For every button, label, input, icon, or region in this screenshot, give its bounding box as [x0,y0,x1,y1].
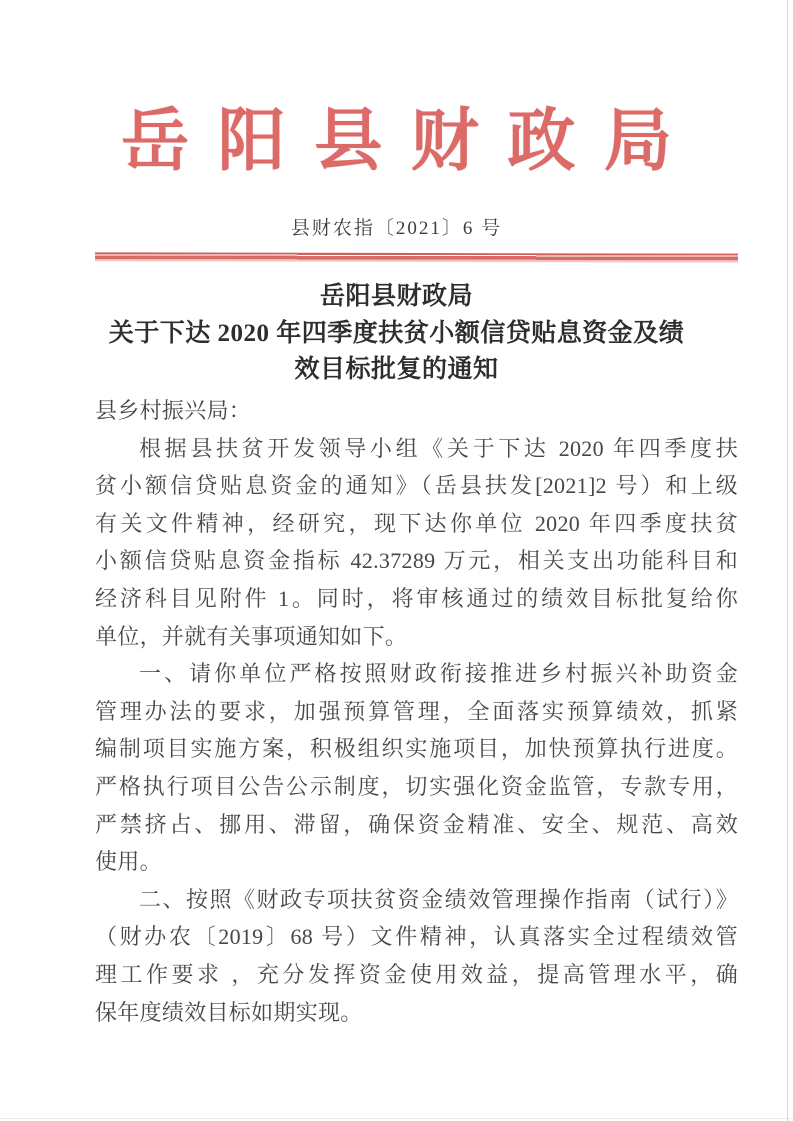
notice-title-line: 关于下达 2020 年四季度扶贫小额信贷贴息资金及绩 [40,316,753,353]
body-line: 经济科目见附件 1。同时，将审核通过的绩效目标批复给你 [95,580,738,618]
body-line: 保年度绩效目标如期实现。 [95,994,738,1032]
notice-title-line: 岳阳县财政局 [40,279,753,316]
body-line: 严禁挤占、挪用、滞留，确保资金精准、安全、规范、高效 [95,806,738,844]
body-line: 严格执行项目公告公示制度，切实强化资金监管，专款专用， [95,768,738,806]
body-line: 小额信贷贴息资金指标 42.37289 万元，相关支出功能科目和 [95,542,738,580]
salutation-line: 县乡村振兴局： [95,392,738,430]
document-body: 县乡村振兴局： 根据县扶贫开发领导小组《关于下达 2020 年四季度扶 贫小额信… [95,392,738,1031]
notice-title: 岳阳县财政局 关于下达 2020 年四季度扶贫小额信贷贴息资金及绩 效目标批复的… [40,279,753,389]
body-line: 贫小额信贷贴息资金的通知》（岳县扶发[2021]2 号）和上级 [95,467,738,505]
body-line: 使用。 [95,843,738,881]
scan-edge-artifact [0,1118,793,1119]
body-line: 理工作要求 ，充分发挥资金使用效益，提高管理水平，确 [95,956,738,994]
notice-title-line: 效目标批复的通知 [40,352,753,389]
document-number: 县财农指〔2021〕6 号 [0,214,793,244]
body-line: （财办农〔2019〕68 号）文件精神，认真落实全过程绩效管 [95,918,738,956]
body-line: 二、按照《财政专项扶贫资金绩效管理操作指南（试行）》 [95,881,738,919]
agency-letterhead: 岳阳县财政局 [0,96,793,186]
body-line: 有关文件精神，经研究，现下达你单位 2020 年四季度扶贫 [95,505,738,543]
body-line: 一、请你单位严格按照财政衔接推进乡村振兴补助资金 [95,655,738,693]
scan-edge-artifact [787,0,788,1121]
body-line: 管理办法的要求，加强预算管理，全面落实预算绩效，抓紧 [95,693,738,731]
body-line: 根据县扶贫开发领导小组《关于下达 2020 年四季度扶 [95,430,738,468]
scanned-document-page: 岳阳县财政局 县财农指〔2021〕6 号 岳阳县财政局 关于下达 2020 年四… [0,0,793,1121]
body-line: 编制项目实施方案，积极组织实施项目，加快预算执行进度。 [95,730,738,768]
body-line: 单位，并就有关事项通知如下。 [95,618,738,656]
red-separator-rule [95,252,738,262]
